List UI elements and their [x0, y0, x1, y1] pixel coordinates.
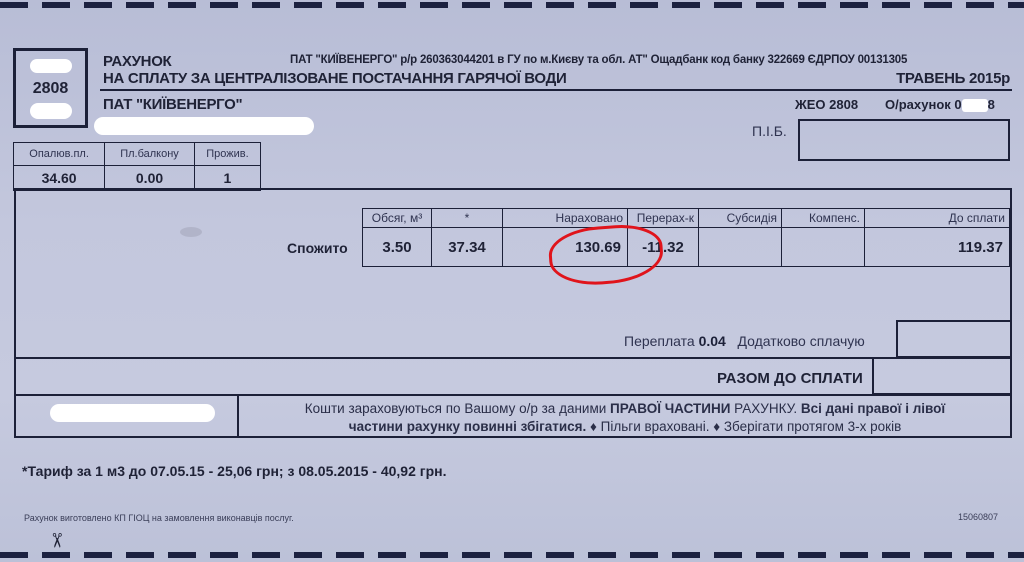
redacted-block	[30, 103, 72, 119]
header-accrued: Нараховано	[503, 209, 628, 228]
total-divider	[14, 357, 1012, 359]
apartment-table: Опалюв.пл. Пл.балкону Прожив. 34.60 0.00…	[13, 142, 261, 191]
to-pay-value: 119.37	[865, 228, 1010, 267]
paper-stain	[180, 227, 202, 237]
scissors-icon: ✂	[44, 532, 69, 549]
redacted-block	[962, 99, 988, 112]
redacted-block	[50, 404, 215, 422]
total-field[interactable]	[872, 357, 1012, 395]
overpay-value: 0.04	[699, 333, 726, 349]
charges-table: Обсяг, м³ * Нараховано Перерах-к Субсиді…	[362, 208, 1010, 267]
redacted-address	[94, 117, 314, 135]
header-recalc: Перерах-к	[628, 209, 699, 228]
perforation-bottom	[0, 552, 1024, 558]
pib-field[interactable]	[798, 119, 1010, 161]
supplier-name: ПАТ "КИЇВЕНЕРГО"	[103, 96, 242, 113]
perforation-top	[0, 2, 1024, 8]
residents-value: 1	[194, 166, 260, 191]
header-balcony-area: Пл.балкону	[105, 143, 195, 166]
header-residents: Прожив.	[194, 143, 260, 166]
tariff-value: 37.34	[432, 228, 503, 267]
printed-by-note: Рахунок виготовлено КП ГІОЦ на замовленн…	[24, 513, 294, 523]
header-volume: Обсяг, м³	[363, 209, 432, 228]
zheo-number: 2808	[16, 80, 85, 98]
notice-part: ♦ Пільги враховані. ♦ Зберігати протягом…	[586, 419, 901, 434]
balcony-area-value: 0.00	[105, 166, 195, 191]
additional-pay-label: Додатково сплачую	[738, 333, 865, 349]
billing-period: ТРАВЕНЬ 2015р	[896, 70, 1010, 87]
notice-divider	[14, 394, 1012, 396]
notice-part: Кошти зараховуються по Вашому о/р за дан…	[305, 401, 610, 416]
notice-part: ПРАВОЇ ЧАСТИНИ	[610, 401, 730, 416]
overpay-line: Переплата 0.04 Додатково сплачую	[624, 333, 865, 349]
document-code: 15060807	[958, 512, 998, 522]
bank-details: ПАТ "КИЇВЕНЕРГО" р/р 260363044201 в ГУ п…	[290, 54, 907, 66]
header-subsidy: Субсидія	[699, 209, 782, 228]
total-label: РАЗОМ ДО СПЛАТИ	[717, 370, 863, 387]
subsidy-value	[699, 228, 782, 267]
notice-text: Кошти зараховуються по Вашому о/р за дан…	[240, 400, 1010, 436]
account-prefix: О/рахунок 0	[885, 97, 962, 112]
header-divider	[100, 89, 1012, 91]
header-heated-area: Опалюв.пл.	[14, 143, 105, 166]
zheo-box: 2808	[13, 48, 88, 128]
pib-label: П.І.Б.	[752, 123, 787, 139]
account-label: О/рахунок 08	[885, 97, 995, 112]
overpay-label: Переплата	[624, 333, 695, 349]
heated-area-value: 34.60	[14, 166, 105, 191]
notice-part: РАХУНКУ.	[730, 401, 801, 416]
additional-pay-field[interactable]	[896, 320, 1012, 358]
header-compensation: Компенс.	[782, 209, 865, 228]
volume-value: 3.50	[363, 228, 432, 267]
notice-part: Всі дані правої і лівої	[801, 401, 945, 416]
document-title: РАХУНОК	[103, 53, 171, 70]
consumed-label: Спожито	[287, 240, 348, 256]
tariff-note: *Тариф за 1 м3 до 07.05.15 - 25,06 грн; …	[22, 463, 446, 479]
zheo-label: ЖЕО 2808	[795, 97, 858, 112]
account-suffix: 8	[988, 97, 995, 112]
header-to-pay: До сплати	[865, 209, 1010, 228]
header-tariff: *	[432, 209, 503, 228]
notice-part: частини рахунку повинні збігатися.	[349, 419, 587, 434]
redacted-block	[30, 59, 72, 73]
notice-separator	[237, 395, 239, 438]
compensation-value	[782, 228, 865, 267]
document-subtitle: НА СПЛАТУ ЗА ЦЕНТРАЛІЗОВАНЕ ПОСТАЧАННЯ Г…	[103, 70, 566, 87]
